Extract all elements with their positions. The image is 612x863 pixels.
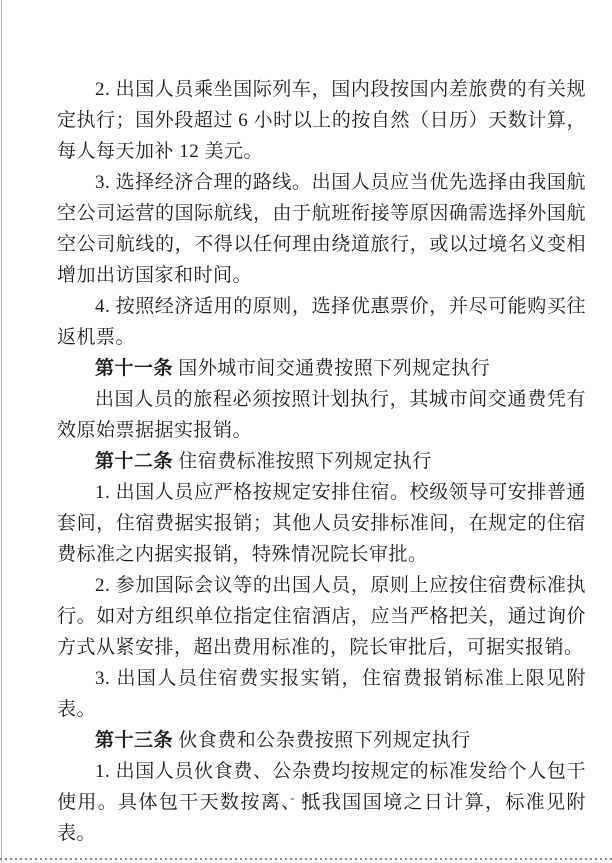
article-number: 第十二条 xyxy=(95,451,173,472)
article-paragraph: 第十一条 国外城市间交通费按照下列规定执行 xyxy=(57,353,586,384)
body-paragraph: 3. 选择经济合理的路线。出国人员应当优先选择由我国航空公司运营的国际航线，由于… xyxy=(57,167,586,291)
body-paragraph: 出国人员的旅程必须按照计划执行，其城市间交通费凭有效原始票据据实报销。 xyxy=(57,384,586,446)
body-paragraph: 4. 按照经济适用的原则，选择优惠票价，并尽可能购买往返机票。 xyxy=(57,291,586,353)
article-number: 第十一条 xyxy=(95,358,173,379)
body-paragraph: 2. 出国人员乘坐国际列车，国内段按国内差旅费的有关规定执行；国外段超过 6 小… xyxy=(57,74,586,167)
page-content: 2. 出国人员乘坐国际列车，国内段按国内差旅费的有关规定执行；国外段超过 6 小… xyxy=(57,74,586,849)
page-left-edge-line xyxy=(1,0,2,863)
page-break-dotted-line xyxy=(0,858,612,860)
article-paragraph: 第十二条 住宿费标准按照下列规定执行 xyxy=(57,446,586,477)
article-paragraph: 第十三条 伙食费和公杂费按照下列规定执行 xyxy=(57,725,586,756)
body-paragraph: 1. 出国人员应严格按规定安排住宿。校级领导可安排普通套间，住宿费据实报销；其他… xyxy=(57,477,586,570)
document-page: { "colors": { "page_bg": "#ffffff", "tex… xyxy=(0,0,612,863)
article-number: 第十三条 xyxy=(95,730,173,751)
page-number: - 8 - xyxy=(0,790,612,806)
body-paragraph: 2. 参加国际会议等的出国人员，原则上应按住宿费标准执行。如对方组织单位指定住宿… xyxy=(57,570,586,663)
body-paragraph: 3. 出国人员住宿费实报实销，住宿费报销标准上限见附表。 xyxy=(57,663,586,725)
